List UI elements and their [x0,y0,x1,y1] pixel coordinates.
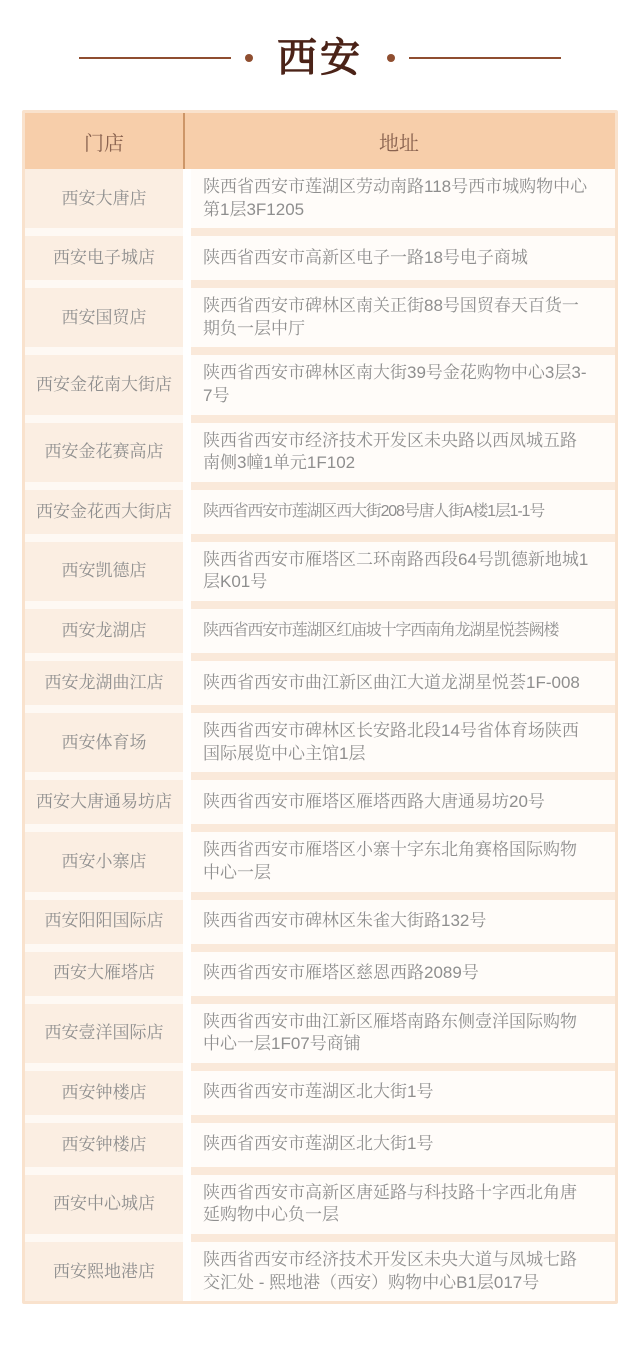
table-row: 西安国贸店 陕西省西安市碑林区南关正街88号国贸春天百货一期负一层中厅 [25,288,615,347]
row-separator-right [191,1167,615,1175]
row-separator-right [191,944,615,952]
table-header-row: 门店 地址 [25,113,615,169]
row-separator [25,1115,615,1123]
row-separator-left [25,534,183,542]
row-separator [25,601,615,609]
store-name-cell: 西安体育场 [25,713,183,772]
row-separator-left [25,1115,183,1123]
row-separator [25,482,615,490]
store-address-cell: 陕西省西安市雁塔区慈恩西路2089号 [191,952,615,996]
row-separator-right [191,280,615,288]
title-divider-left [79,57,231,59]
table-row: 西安熙地港店 陕西省西安市经济技术开发区未央大道与凤城七路交汇处 - 熙地港（西… [25,1242,615,1301]
row-separator [25,1063,615,1071]
row-separator-left [25,601,183,609]
store-name-cell: 西安电子城店 [25,236,183,280]
page-title: 西安 [267,36,373,80]
column-header-address: 地址 [183,127,615,156]
store-name-cell: 西安大唐店 [25,169,183,228]
row-separator-right [191,996,615,1004]
row-separator [25,228,615,236]
row-separator-left [25,1234,183,1242]
store-name-cell: 西安金花南大街店 [25,355,183,414]
city-title-block: 西安 [0,0,640,110]
table-row: 西安龙湖店 陕西省西安市莲湖区红庙坡十字西南角龙湖星悦荟阙楼 [25,609,615,653]
row-separator-left [25,772,183,780]
row-separator-right [191,534,615,542]
table-row: 西安体育场 陕西省西安市碑林区长安路北段14号省体育场陕西国际展览中心主馆1层 [25,713,615,772]
table-body: 西安大唐店 陕西省西安市莲湖区劳动南路118号西市城购物中心第1层3F1205 … [25,169,615,1301]
row-separator [25,824,615,832]
title-dot-right [387,54,395,62]
table-row: 西安阳阳国际店 陕西省西安市碑林区朱雀大街路132号 [25,900,615,944]
store-address-cell: 陕西省西安市雁塔区雁塔西路大唐通易坊20号 [191,780,615,824]
row-separator-left [25,653,183,661]
store-name-cell: 西安小寨店 [25,832,183,891]
bottom-whitespace [0,1304,640,1358]
row-separator-left [25,347,183,355]
store-name-cell: 西安金花赛高店 [25,423,183,482]
row-separator [25,996,615,1004]
store-address-cell: 陕西省西安市曲江新区雁塔南路东侧壹洋国际购物中心一层1F07号商铺 [191,1004,615,1063]
row-separator [25,1167,615,1175]
row-separator-right [191,601,615,609]
row-separator [25,347,615,355]
store-address-cell: 陕西省西安市莲湖区北大街1号 [191,1071,615,1115]
row-separator-right [191,892,615,900]
row-separator-right [191,772,615,780]
store-name-cell: 西安钟楼店 [25,1123,183,1167]
table-row: 西安小寨店 陕西省西安市雁塔区小寨十字东北角赛格国际购物中心一层 [25,832,615,891]
row-separator-right [191,1063,615,1071]
row-separator-right [191,824,615,832]
row-separator-right [191,347,615,355]
store-address-cell: 陕西省西安市雁塔区二环南路西段64号凯德新地城1层K01号 [191,542,615,601]
store-address-cell: 陕西省西安市碑林区朱雀大街路132号 [191,900,615,944]
store-name-cell: 西安龙湖店 [25,609,183,653]
row-separator-left [25,824,183,832]
row-separator-left [25,280,183,288]
row-separator [25,772,615,780]
store-address-cell: 陕西省西安市高新区唐延路与科技路十字西北角唐延购物中心负一层 [191,1175,615,1234]
row-separator [25,534,615,542]
store-name-cell: 西安壹洋国际店 [25,1004,183,1063]
store-address-cell: 陕西省西安市碑林区南关正街88号国贸春天百货一期负一层中厅 [191,288,615,347]
row-separator-right [191,653,615,661]
store-address-cell: 陕西省西安市曲江新区曲江大道龙湖星悦荟1F-008 [191,661,615,705]
store-address-cell: 陕西省西安市碑林区南大街39号金花购物中心3层3-7号 [191,355,615,414]
table-row: 西安大雁塔店 陕西省西安市雁塔区慈恩西路2089号 [25,952,615,996]
store-address-cell: 陕西省西安市莲湖区北大街1号 [191,1123,615,1167]
row-separator [25,944,615,952]
row-separator-left [25,228,183,236]
store-name-cell: 西安金花西大街店 [25,490,183,534]
store-name-cell: 西安国贸店 [25,288,183,347]
row-separator-right [191,228,615,236]
row-separator-left [25,1063,183,1071]
row-separator-left [25,944,183,952]
store-address-cell: 陕西省西安市莲湖区西大街208号唐人街A楼1层1-1号 [191,490,615,534]
row-separator-left [25,996,183,1004]
table-row: 西安金花西大街店 陕西省西安市莲湖区西大街208号唐人街A楼1层1-1号 [25,490,615,534]
table-row: 西安中心城店 陕西省西安市高新区唐延路与科技路十字西北角唐延购物中心负一层 [25,1175,615,1234]
table-row: 西安大唐店 陕西省西安市莲湖区劳动南路118号西市城购物中心第1层3F1205 [25,169,615,228]
store-name-cell: 西安凯德店 [25,542,183,601]
store-address-cell: 陕西省西安市莲湖区劳动南路118号西市城购物中心第1层3F1205 [191,169,615,228]
table-row: 西安凯德店 陕西省西安市雁塔区二环南路西段64号凯德新地城1层K01号 [25,542,615,601]
row-separator-left [25,482,183,490]
row-separator [25,705,615,713]
row-separator-right [191,482,615,490]
store-name-cell: 西安熙地港店 [25,1242,183,1301]
row-separator [25,280,615,288]
row-separator-left [25,892,183,900]
row-separator-left [25,415,183,423]
store-name-cell: 西安阳阳国际店 [25,900,183,944]
table-row: 西安壹洋国际店 陕西省西安市曲江新区雁塔南路东侧壹洋国际购物中心一层1F07号商… [25,1004,615,1063]
store-address-cell: 陕西省西安市碑林区长安路北段14号省体育场陕西国际展览中心主馆1层 [191,713,615,772]
row-separator [25,892,615,900]
row-separator [25,1234,615,1242]
table-row: 西安钟楼店 陕西省西安市莲湖区北大街1号 [25,1123,615,1167]
store-address-cell: 陕西省西安市高新区电子一路18号电子商城 [191,236,615,280]
table-row: 西安电子城店 陕西省西安市高新区电子一路18号电子商城 [25,236,615,280]
title-dot-left [245,54,253,62]
store-address-cell: 陕西省西安市莲湖区红庙坡十字西南角龙湖星悦荟阙楼 [191,609,615,653]
table-row: 西安金花南大街店 陕西省西安市碑林区南大街39号金花购物中心3层3-7号 [25,355,615,414]
store-address-cell: 陕西省西安市经济技术开发区未央路以西凤城五路南侧3幢1单元1F102 [191,423,615,482]
table-row: 西安大唐通易坊店 陕西省西安市雁塔区雁塔西路大唐通易坊20号 [25,780,615,824]
row-separator-right [191,1115,615,1123]
store-name-cell: 西安龙湖曲江店 [25,661,183,705]
row-separator [25,415,615,423]
row-separator-right [191,705,615,713]
store-name-cell: 西安大唐通易坊店 [25,780,183,824]
store-address-cell: 陕西省西安市雁塔区小寨十字东北角赛格国际购物中心一层 [191,832,615,891]
table-row: 西安金花赛高店 陕西省西安市经济技术开发区未央路以西凤城五路南侧3幢1单元1F1… [25,423,615,482]
row-separator-right [191,1234,615,1242]
store-name-cell: 西安中心城店 [25,1175,183,1234]
store-name-cell: 西安大雁塔店 [25,952,183,996]
row-separator-right [191,415,615,423]
row-separator [25,653,615,661]
title-divider-right [409,57,561,59]
store-address-cell: 陕西省西安市经济技术开发区未央大道与凤城七路交汇处 - 熙地港（西安）购物中心B… [191,1242,615,1301]
column-header-store: 门店 [25,127,183,156]
store-address-table: 门店 地址 西安大唐店 陕西省西安市莲湖区劳动南路118号西市城购物中心第1层3… [22,110,618,1304]
table-row: 西安钟楼店 陕西省西安市莲湖区北大街1号 [25,1071,615,1115]
row-separator-left [25,1167,183,1175]
row-separator-left [25,705,183,713]
table-row: 西安龙湖曲江店 陕西省西安市曲江新区曲江大道龙湖星悦荟1F-008 [25,661,615,705]
store-name-cell: 西安钟楼店 [25,1071,183,1115]
